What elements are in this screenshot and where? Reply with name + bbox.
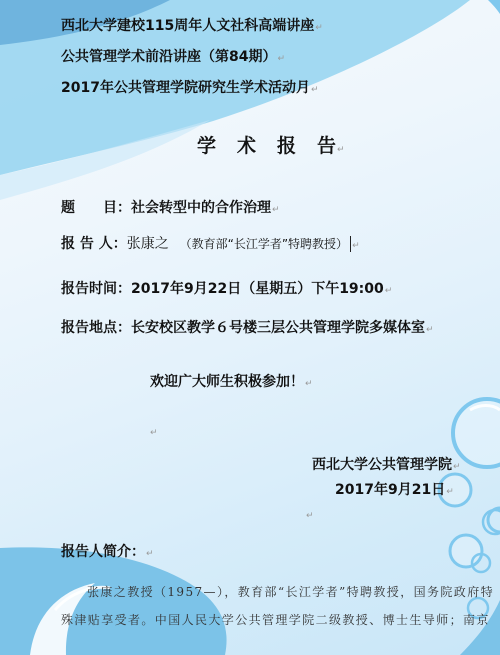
time-row: 报告时间：2017年9月22日（星期五）下午19:00↵ bbox=[61, 280, 392, 300]
signature-org-text: 西北大学公共管理学院 bbox=[312, 457, 452, 473]
paragraph-mark-icon: ↵ bbox=[453, 462, 461, 472]
page-title-text: 学术报告 bbox=[197, 135, 357, 157]
bio-line-1: 张康之教授（1957—），教育部“长江学者”特聘教授，国务院政府特 bbox=[87, 583, 494, 600]
text-cursor bbox=[350, 236, 351, 252]
paragraph-mark-icon: ↵ bbox=[315, 23, 323, 33]
speaker-label: 报 告 人： bbox=[61, 236, 127, 252]
time-label: 报告时间： bbox=[61, 281, 131, 297]
speaker-name: 张康之 bbox=[127, 236, 169, 252]
paragraph-mark-icon: ↵ bbox=[426, 325, 434, 335]
time-value: 2017年9月22日（星期五）下午19:00 bbox=[131, 281, 384, 297]
header-line-3: 2017年公共管理学院研究生学术活动月↵ bbox=[61, 79, 319, 99]
paragraph-mark-icon: ↵ bbox=[306, 511, 314, 521]
paragraph-mark-icon: ↵ bbox=[272, 205, 280, 215]
topic-value: 社会转型中的合作治理 bbox=[131, 200, 271, 216]
welcome-text: 欢迎广大师生积极参加！ bbox=[150, 374, 304, 390]
topic-label-part-a: 题 bbox=[61, 200, 75, 216]
paragraph-mark-icon: ↵ bbox=[150, 428, 158, 438]
welcome-line: 欢迎广大师生积极参加！↵ bbox=[150, 373, 313, 393]
paragraph-mark-icon: ↵ bbox=[305, 379, 313, 389]
paragraph-mark-icon: ↵ bbox=[352, 241, 360, 251]
paragraph-mark-icon: ↵ bbox=[277, 54, 285, 64]
place-label: 报告地点： bbox=[61, 320, 131, 336]
header-line-2: 公共管理学术前沿讲座（第84期）↵ bbox=[61, 48, 285, 68]
signature-org: 西北大学公共管理学院↵ bbox=[312, 456, 461, 476]
document-page: 西北大学建校115周年人文社科高端讲座↵ 公共管理学术前沿讲座（第84期）↵ 2… bbox=[0, 0, 500, 655]
bio-line-2: 殊津贴享受者。中国人民大学公共管理学院二级教授、博士生导师；南京 bbox=[61, 611, 490, 628]
paragraph-mark-icon: ↵ bbox=[385, 286, 393, 296]
header-line-1: 西北大学建校115周年人文社科高端讲座↵ bbox=[61, 17, 323, 37]
place-value: 长安校区教学６号楼三层公共管理学院多媒体室 bbox=[131, 320, 425, 336]
topic-row: 题目：社会转型中的合作治理↵ bbox=[61, 199, 280, 219]
header-line-3-text: 2017年公共管理学院研究生学术活动月 bbox=[61, 80, 310, 96]
place-row: 报告地点：长安校区教学６号楼三层公共管理学院多媒体室↵ bbox=[61, 319, 434, 339]
speaker-row: 报 告 人：张康之 （教育部“长江学者”特聘教授）↵ bbox=[61, 235, 360, 255]
bio-heading: 报告人简介：↵ bbox=[61, 543, 154, 563]
speaker-title: （教育部“长江学者”特聘教授） bbox=[180, 237, 348, 251]
topic-label-part-b: 目： bbox=[103, 200, 131, 216]
header-line-1-text: 西北大学建校115周年人文社科高端讲座 bbox=[61, 18, 314, 34]
paragraph-mark-icon: ↵ bbox=[446, 487, 454, 497]
paragraph-mark-icon: ↵ bbox=[311, 85, 319, 95]
paragraph-mark-icon: ↵ bbox=[337, 145, 345, 155]
bio-heading-text: 报告人简介： bbox=[61, 544, 145, 560]
page-title: 学术报告↵ bbox=[197, 137, 345, 159]
signature-date: 2017年9月21日↵ bbox=[335, 481, 454, 501]
header-line-2-text: 公共管理学术前沿讲座（第84期） bbox=[61, 49, 276, 65]
paragraph-mark-icon: ↵ bbox=[146, 549, 154, 559]
signature-date-text: 2017年9月21日 bbox=[335, 482, 445, 498]
